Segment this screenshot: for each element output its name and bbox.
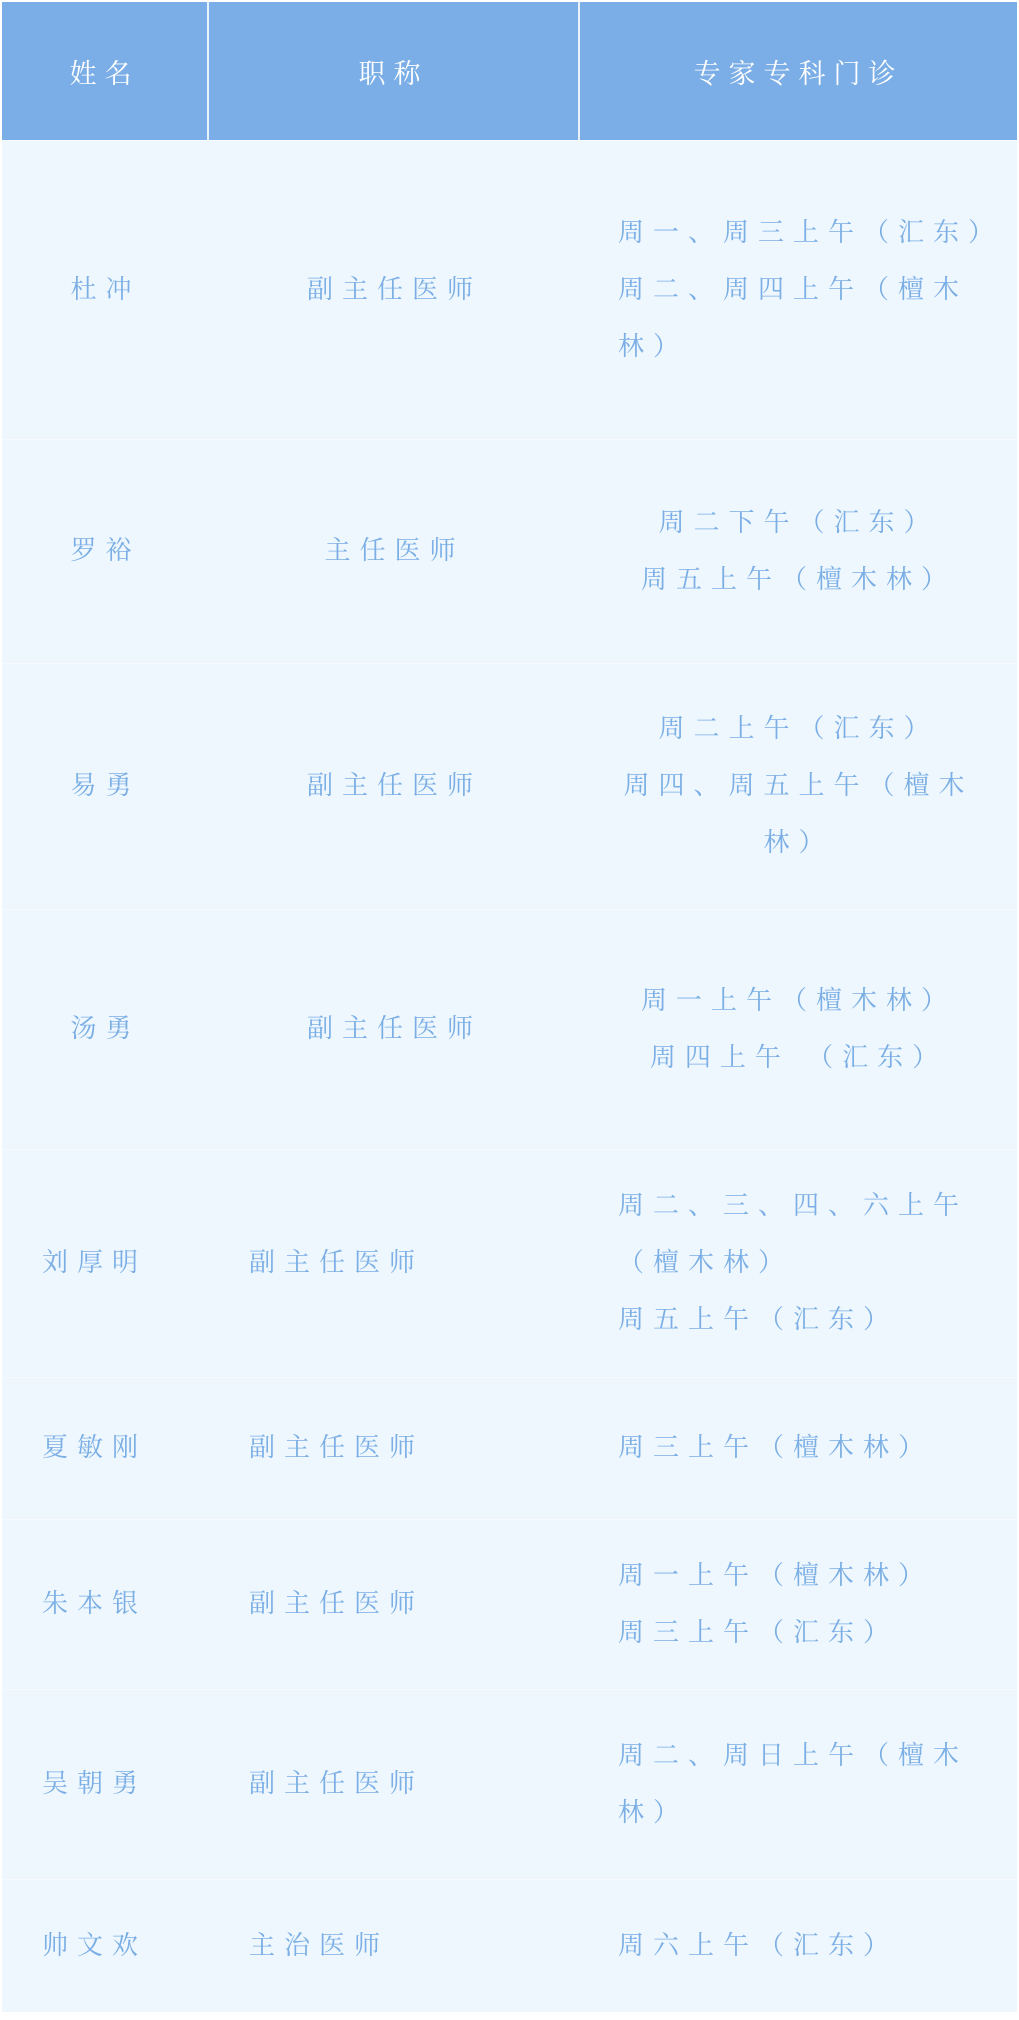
schedule-line: 周一上午（檀木林） (641, 973, 956, 1030)
schedule-line: 周二上午（汇东） (658, 701, 938, 758)
doctor-title: 主治医师 (209, 1880, 580, 2012)
doctor-name: 易勇 (2, 664, 209, 909)
clinic-schedule: 周二、三、四、六上午（檀木林） 周五上午（汇东） (580, 1150, 1017, 1377)
schedule-line: 周一、周三上午（汇东） (618, 205, 1003, 262)
table-row: 夏敏刚 副主任医师 周三上午（檀木林） (2, 1378, 1017, 1520)
doctor-title: 副主任医师 (209, 1378, 580, 1519)
table-row: 帅文欢 主治医师 周六上午（汇东） (2, 1880, 1017, 2012)
table-row: 吴朝勇 副主任医师 周二、周日上午（檀木林） (2, 1690, 1017, 1880)
doctor-name: 帅文欢 (2, 1880, 209, 2012)
doctor-title: 副主任医师 (209, 910, 580, 1149)
schedule-line: 周四、周五上午（檀木林） (610, 758, 987, 872)
doctor-title: 主任医师 (209, 440, 580, 663)
schedule-line: 周二、三、四、六上午（檀木林） (618, 1178, 1003, 1292)
schedule-line: 周一上午（檀木林） (618, 1548, 933, 1605)
doctor-name: 吴朝勇 (2, 1690, 209, 1879)
clinic-schedule: 周二上午（汇东） 周四、周五上午（檀木林） (580, 664, 1017, 909)
clinic-schedule: 周三上午（檀木林） (580, 1378, 1017, 1519)
doctor-title: 副主任医师 (209, 1150, 580, 1377)
doctor-name: 汤勇 (2, 910, 209, 1149)
schedule-line: 周五上午（檀木林） (641, 552, 956, 609)
doctor-name: 夏敏刚 (2, 1378, 209, 1519)
schedule-line: 周六上午（汇东） (618, 1918, 898, 1975)
doctor-name: 罗裕 (2, 440, 209, 663)
schedule-line: 周二、周日上午（檀木林） (618, 1728, 1003, 1842)
schedule-line: 周二、周四上午（檀木林） (618, 262, 1003, 376)
header-title: 职称 (209, 2, 580, 140)
doctor-title: 副主任医师 (209, 141, 580, 439)
doctor-title: 副主任医师 (209, 664, 580, 909)
table-row: 刘厚明 副主任医师 周二、三、四、六上午（檀木林） 周五上午（汇东） (2, 1150, 1017, 1378)
table-row: 朱本银 副主任医师 周一上午（檀木林） 周三上午（汇东） (2, 1520, 1017, 1690)
schedule-line: 周二下午（汇东） (658, 495, 938, 552)
schedule-line: 周三上午（汇东） (618, 1605, 898, 1662)
schedule-line: 周三上午（檀木林） (618, 1420, 933, 1477)
table-row: 杜冲 副主任医师 周一、周三上午（汇东） 周二、周四上午（檀木林） (2, 141, 1017, 440)
schedule-line: 周四上午 （汇东） (650, 1030, 947, 1087)
doctor-name: 朱本银 (2, 1520, 209, 1689)
clinic-schedule: 周二下午（汇东） 周五上午（檀木林） (580, 440, 1017, 663)
clinic-schedule: 周六上午（汇东） (580, 1880, 1017, 2012)
doctor-title: 副主任医师 (209, 1520, 580, 1689)
header-clinic: 专家专科门诊 (580, 2, 1017, 140)
clinic-schedule: 周一上午（檀木林） 周三上午（汇东） (580, 1520, 1017, 1689)
doctor-name: 杜冲 (2, 141, 209, 439)
schedule-line: 周五上午（汇东） (618, 1292, 898, 1349)
table-row: 易勇 副主任医师 周二上午（汇东） 周四、周五上午（檀木林） (2, 664, 1017, 910)
expert-clinic-table: 姓名 职称 专家专科门诊 杜冲 副主任医师 周一、周三上午（汇东） 周二、周四上… (2, 2, 1017, 2012)
clinic-schedule: 周一、周三上午（汇东） 周二、周四上午（檀木林） (580, 141, 1017, 439)
table-row: 汤勇 副主任医师 周一上午（檀木林） 周四上午 （汇东） (2, 910, 1017, 1150)
header-name: 姓名 (2, 2, 209, 140)
clinic-schedule: 周二、周日上午（檀木林） (580, 1690, 1017, 1879)
doctor-title: 副主任医师 (209, 1690, 580, 1879)
table-row: 罗裕 主任医师 周二下午（汇东） 周五上午（檀木林） (2, 440, 1017, 664)
clinic-schedule: 周一上午（檀木林） 周四上午 （汇东） (580, 910, 1017, 1149)
doctor-name: 刘厚明 (2, 1150, 209, 1377)
table-header-row: 姓名 职称 专家专科门诊 (2, 2, 1017, 141)
